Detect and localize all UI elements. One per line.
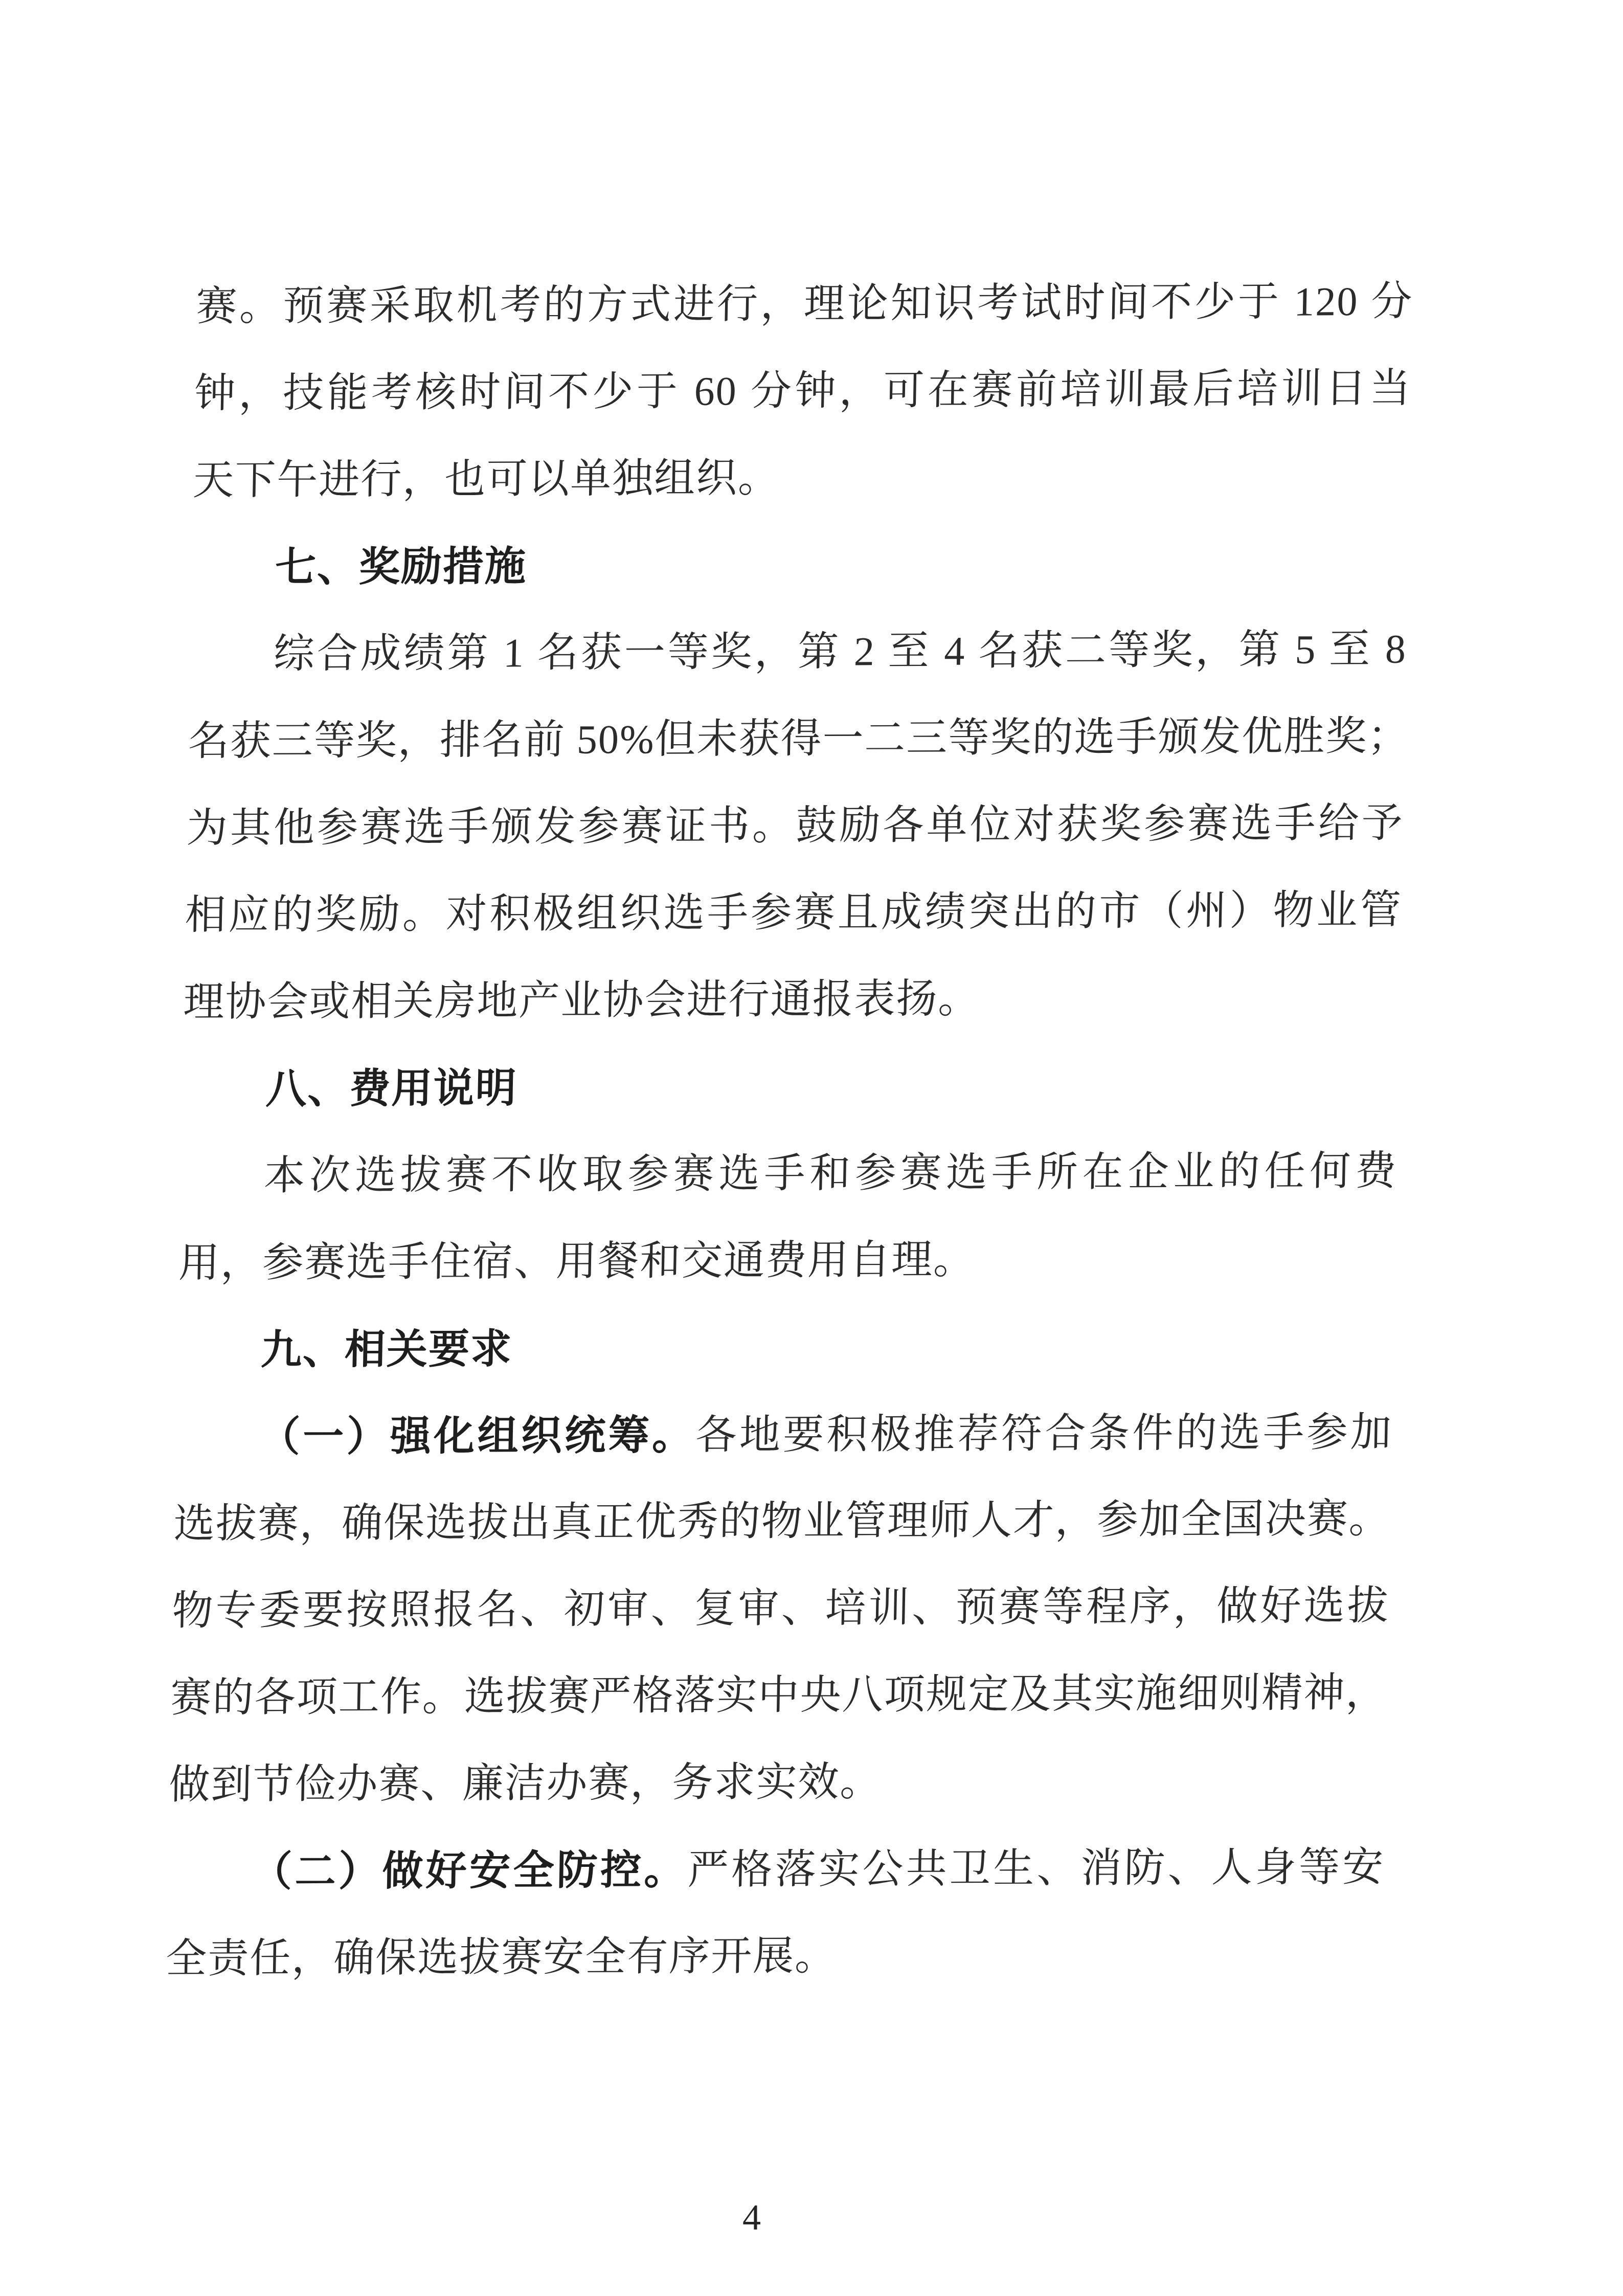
text-line: 做到节俭办赛、廉洁办赛，务求实效。 bbox=[168, 1736, 1387, 1829]
text-line: （一）强化组织统筹。各地要积极推荐符合条件的选手参加 bbox=[174, 1389, 1393, 1481]
body-text: 赛。预赛采取机考的方式进行，理论知识考试时间不少于 120 分 bbox=[196, 279, 1414, 329]
body-text: 名获三等奖，排名前 50%但未获得一二三等奖的选手颁发优胜奖； bbox=[188, 714, 1410, 764]
text-line: 全责任，确保选拔赛安全有序开展。 bbox=[165, 1910, 1384, 2002]
body-text: 本次选拔赛不收取参赛选手和参赛选手所在企业的任何费 bbox=[263, 1149, 1397, 1199]
bold-text: （二）做好安全防控。 bbox=[251, 1847, 688, 1894]
text-line: 赛。预赛采取机考的方式进行，理论知识考试时间不少于 120 分 bbox=[195, 258, 1414, 350]
text-line: 本次选拔赛不收取参赛选手和参赛选手所在企业的任何费 bbox=[179, 1128, 1398, 1220]
text-line: 综合成绩第 1 名获一等奖，第 2 至 4 名获二等奖，第 5 至 8 bbox=[189, 606, 1407, 698]
body-text: 相应的奖励。对积极组织选手参赛且成绩突出的市（州）物业管 bbox=[185, 888, 1403, 938]
text-line: 相应的奖励。对积极组织选手参赛且成绩突出的市（州）物业管 bbox=[184, 867, 1403, 959]
body-text: 用，参赛选手住宿、用餐和交通费用自理。 bbox=[178, 1237, 976, 1286]
text-line: 赛的各项工作。选拔赛严格落实中央八项规定及其实施细则精神， bbox=[170, 1649, 1388, 1742]
body-text: 钟，技能考核时间不少于 60 分钟，可在赛前培训最后培训日当 bbox=[194, 366, 1412, 416]
bold-text: 八、费用说明 bbox=[265, 1065, 518, 1111]
body-text: 做到节俭办赛、廉洁办赛，务求实效。 bbox=[169, 1759, 883, 1808]
body-text: 综合成绩第 1 名获一等奖，第 2 至 4 名获二等奖，第 5 至 8 bbox=[273, 627, 1407, 677]
body-text: 各地要积极推荐符合条件的选手参加 bbox=[695, 1410, 1393, 1458]
text-line: 为其他参赛选手颁发参赛证书。鼓励各单位对获奖参赛选手给予 bbox=[186, 780, 1404, 872]
body-text: 为其他参赛选手颁发参赛证书。鼓励各单位对获奖参赛选手给予 bbox=[186, 801, 1404, 851]
heading-line: 九、相关要求 bbox=[176, 1302, 1394, 1394]
bold-text: （一）强化组织统筹。 bbox=[259, 1412, 696, 1460]
text-line: 选拔赛，确保选拔出真正优秀的物业管理师人才，参加全国决赛。 bbox=[173, 1476, 1391, 1568]
text-line: 理协会或相关房地产业协会进行通报表扬。 bbox=[183, 954, 1401, 1046]
heading-line: 七、奖励措施 bbox=[191, 519, 1409, 611]
body-text: 选拔赛，确保选拔出真正优秀的物业管理师人才，参加全国决赛。 bbox=[173, 1497, 1391, 1547]
document-page: 赛。预赛采取机考的方式进行，理论知识考试时间不少于 120 分钟，技能考核时间不… bbox=[0, 0, 1623, 2296]
text-line: （二）做好安全防控。严格落实公共卫生、消防、人身等安 bbox=[167, 1823, 1385, 1915]
page-number: 4 bbox=[0, 2192, 1503, 2243]
text-line: 物专委要按照报名、初审、复审、培训、预赛等程序，做好选拔 bbox=[171, 1563, 1390, 1655]
body-text: 全责任，确保选拔赛安全有序开展。 bbox=[165, 1934, 837, 1982]
text-line: 用，参赛选手住宿、用餐和交通费用自理。 bbox=[178, 1215, 1396, 1307]
text-line: 钟，技能考核时间不少于 60 分钟，可在赛前培训最后培训日当 bbox=[194, 345, 1412, 437]
heading-line: 八、费用说明 bbox=[181, 1041, 1400, 1133]
body-text: 赛的各项工作。选拔赛严格落实中央八项规定及其实施细则精神， bbox=[170, 1670, 1388, 1721]
body-text: 严格落实公共卫生、消防、人身等安 bbox=[687, 1845, 1385, 1893]
body-text: 天下午进行，也可以单独组织。 bbox=[192, 456, 780, 503]
body-text: 物专委要按照报名、初审、复审、培训、预赛等程序，做好选拔 bbox=[172, 1584, 1390, 1634]
bold-text: 九、相关要求 bbox=[260, 1326, 513, 1372]
text-line: 名获三等奖，排名前 50%但未获得一二三等奖的选手颁发优胜奖； bbox=[187, 693, 1406, 785]
text-line: 天下午进行，也可以单独组织。 bbox=[192, 432, 1411, 524]
body-text: 理协会或相关房地产业协会进行通报表扬。 bbox=[183, 976, 981, 1025]
bold-text: 七、奖励措施 bbox=[275, 543, 527, 590]
document-body: 赛。预赛采取机考的方式进行，理论知识考试时间不少于 120 分钟，技能考核时间不… bbox=[165, 258, 1414, 2003]
